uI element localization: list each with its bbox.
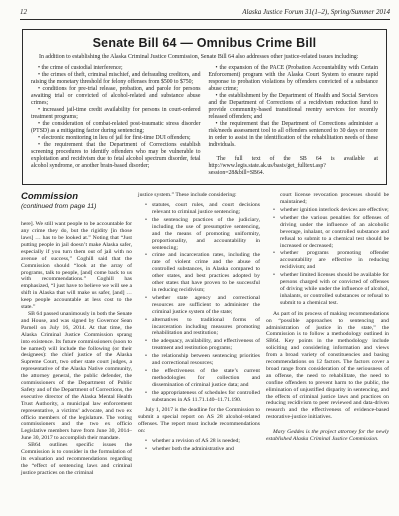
bullet-item: the establishment by the Department of H… bbox=[209, 93, 379, 121]
bullet-item: whether ignition interlock devices are e… bbox=[280, 207, 389, 214]
journal-title: Alaska Justice Forum 31(1–2), Spring/Sum… bbox=[242, 8, 390, 16]
header-rule bbox=[20, 19, 390, 20]
bullet-item: whether both the administrative and bbox=[152, 446, 260, 453]
paragraph: July 1, 2017 is the deadline for the Com… bbox=[138, 407, 260, 435]
bullet-item: whether programs promoting offender acco… bbox=[280, 250, 389, 271]
author-byline: Mary Geddes is the project attorney for … bbox=[266, 429, 389, 443]
commission-continued-note: (continued from page 11) bbox=[21, 203, 132, 211]
commission-section: Commission (continued from page 11) here… bbox=[21, 192, 389, 477]
sb64-fulltext-note: The full text of the SB 64 is available … bbox=[209, 156, 379, 177]
commission-heading: Commission bbox=[21, 192, 132, 202]
bullet-item: whether the various penalties for offens… bbox=[280, 215, 389, 250]
sb64-column-right: the expansion of the PACE (Probation Acc… bbox=[209, 65, 379, 177]
bullet-item: the sentencing practices of the judiciar… bbox=[152, 217, 260, 252]
paragraph: SB64 outlines specific issues the Commis… bbox=[21, 442, 132, 477]
bullet-item: the requirement that the Department of C… bbox=[31, 142, 201, 170]
bullet-item: the relationship between sentencing prio… bbox=[152, 353, 260, 367]
commission-column-2: justice system.” These include consideri… bbox=[138, 192, 260, 454]
bullet-item: the effectiveness of the state’s current… bbox=[152, 368, 260, 389]
consideration-bullet-list: statutes, court rules, and court decisio… bbox=[138, 202, 260, 403]
bullet-item: conditions for pre-trial release, probat… bbox=[31, 86, 201, 107]
bullet-item: statutes, court rules, and court decisio… bbox=[152, 202, 260, 216]
page-number: 12 bbox=[20, 8, 27, 16]
sb64-intro: In addition to establishing the Alaska C… bbox=[31, 54, 378, 61]
bullet-item: whether state agency and correctional re… bbox=[152, 295, 260, 316]
report-bullet-list: whether a revision of AS 28 is needed; w… bbox=[138, 438, 260, 453]
bullet-item: the consideration of combat-related post… bbox=[31, 121, 201, 135]
bullet-item: the requirement that the Department of C… bbox=[209, 121, 379, 149]
commission-columns: Commission (continued from page 11) here… bbox=[21, 192, 389, 477]
journal-page: 12 Alaska Justice Forum 31(1–2), Spring/… bbox=[0, 0, 399, 516]
bullet-item: crime and incarceration rates, including… bbox=[152, 252, 260, 293]
bullet-item: the expansion of the PACE (Probation Acc… bbox=[209, 65, 379, 93]
commission-column-3: court license revocation processes shoul… bbox=[266, 192, 389, 443]
sb64-title: Senate Bill 64 — Omnibus Crime Bill bbox=[31, 36, 378, 50]
bullet-item: alternatives to traditional forms of inc… bbox=[152, 317, 260, 338]
paragraph: here]. We still want people to be accoun… bbox=[21, 221, 132, 311]
bullet-item: the adequacy, availability, and effectiv… bbox=[152, 338, 260, 352]
bullet-item: increased jail-time credit availability … bbox=[31, 107, 201, 121]
page-header: 12 Alaska Justice Forum 31(1–2), Spring/… bbox=[0, 0, 399, 16]
report-bullet-list-continued: whether ignition interlock devices are e… bbox=[266, 207, 389, 307]
paragraph: As part of its process of making recomme… bbox=[266, 311, 389, 422]
bullet-item: the appropriateness of schedules for con… bbox=[152, 390, 260, 404]
column-lead-text: justice system.” These include consideri… bbox=[138, 192, 260, 199]
sb64-column-left: the crime of custodial interference; the… bbox=[31, 65, 201, 177]
bullet-item: the crimes of theft, criminal mischief, … bbox=[31, 72, 201, 86]
sb64-box: Senate Bill 64 — Omnibus Crime Bill In a… bbox=[22, 29, 387, 185]
paragraph: SB 64 passed unanimously in both the Sen… bbox=[21, 311, 132, 442]
bullet-item: whether a revision of AS 28 is needed; bbox=[152, 438, 260, 445]
sb64-columns: the crime of custodial interference; the… bbox=[31, 65, 378, 177]
commission-column-1: Commission (continued from page 11) here… bbox=[21, 192, 132, 477]
bullet-continuation-text: court license revocation processes shoul… bbox=[266, 192, 389, 206]
bullet-item: whether limited licenses should be avail… bbox=[280, 272, 389, 307]
